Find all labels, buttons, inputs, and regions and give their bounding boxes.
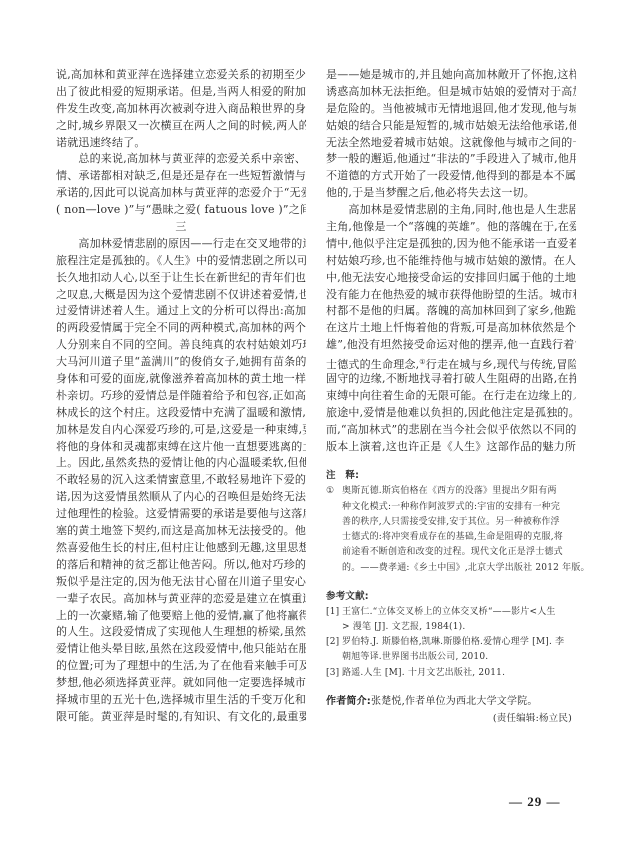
author-bio-text: 张楚悦,作者单位为西北大学文学院。	[371, 696, 538, 707]
reference-line: 罗伯特.J. 斯滕伯格,凯琳.斯滕伯格.爱情心理学 [M]. 李	[342, 635, 564, 650]
text-line: 的人生。这段爱情成了实现他人生理想的桥梁,虽然这	[56, 624, 306, 641]
text-line: 梦想,他必须选择黄亚萍。就如同他一定要选择城市,选	[56, 675, 306, 692]
text-fragment: 士德式的生命理念,	[326, 358, 419, 371]
text-line: 之叹息,大概是因为这个爱情悲剧不仅讲述着爱情,也通	[56, 287, 306, 304]
text-line: 限可能。黄亚萍是时髦的,有知识、有文化的,最重要的	[56, 709, 306, 726]
reference-line: 朝旭等译.世界图书出版公司, 2010.	[342, 650, 564, 665]
responsible-editor: (责任编辑:杨立民)	[326, 710, 576, 727]
text-line: 梦一般的邂逅,他通过“非法的”手段进入了城市,他用	[326, 151, 576, 168]
text-line: 身体和可爱的面庞,就像滋养着高加林的黄土地一样淳	[56, 371, 306, 388]
text-line: 之时,城乡界限又一次横亘在两人之间的时候,两人的承	[56, 118, 306, 135]
text-line: 将他的身体和灵魂都束缚在这片他一直想要逃离的土地	[56, 439, 306, 456]
text-line: 出了彼此相爱的短期承诺。但是,当两人相爱的附加条	[56, 84, 306, 101]
text-line: 择城市里的五光十色,选择城市里生活的千变万化和无	[56, 692, 306, 709]
text-line: ( non—love )”与“愚昧之爱( fatuous love )”之间。	[56, 202, 306, 219]
text-line: 叛似乎是注定的,因为他无法甘心留在川道子里安心做	[56, 574, 306, 591]
note-line: 士德式的:将冲突看成存在的基础,生命是阻碍的克服,将	[342, 530, 590, 545]
reference-line: > 漫笔 [J]. 文艺报, 1984(1).	[342, 620, 556, 635]
text-line: 不道德的方式开始了一段爱情,他得到的都是本不属于	[326, 168, 576, 185]
right-body-text: 是——她是城市的,并且她向高加林敞开了怀抱,这样的诱惑高加林无法拒绝。但是城市姑…	[326, 67, 576, 455]
page-number: — 29 —	[509, 794, 561, 810]
text-line: 版本上演着,这也许正是《人生》这部作品的魅力所在。	[326, 439, 576, 456]
text-line: 承诺的,因此可以说高加林与黄亚萍的恋爱介于“无爱	[56, 185, 306, 202]
reference-item: [3]路遥.人生 [M]. 十月文艺出版社, 2011.	[326, 666, 576, 681]
note-line: 种文化模式:一种称作阿波罗式的:宇宙的安排有一种完	[342, 500, 590, 515]
text-line: 是危险的。当他被城市无情地退回,他才发现,他与城市	[326, 101, 576, 118]
note-line: 前途看不断创造和改变的过程。现代文化正是浮士德式	[342, 545, 590, 560]
note-item: ①奥斯瓦德.斯宾伯格在《西方的没落》里提出夕阳有两种文化模式:一种称作阿波罗式的…	[326, 484, 576, 575]
text-line: 人分别来自不同的空间。善良纯真的农村姑娘刘巧珍是	[56, 337, 306, 354]
text-line: 雄”,他没有坦然接受命运对他的摆弄,他一直践行着“浮	[326, 337, 576, 354]
text-line: 没有能力在他热爱的城市获得他盼望的生活。城市和乡	[326, 287, 576, 304]
text-line: 情、承诺都相对缺乏,但是还是存在一些短暂激情与短期	[56, 168, 306, 185]
text-line: 是——她是城市的,并且她向高加林敞开了怀抱,这样的	[326, 67, 576, 84]
text-line: 村姑娘巧珍,也不能维持他与城市姑娘的激情。在人生	[326, 253, 576, 270]
reference-line: 路遥.人生 [M]. 十月文艺出版社, 2011.	[342, 666, 505, 681]
author-bio: 作者简介:张楚悦,作者单位为西北大学文学院。	[326, 693, 576, 710]
text-line: 上的一次豪赌,输了他要赔上他的爱情,赢了他将赢得他	[56, 608, 306, 625]
text-line: 一辈子农民。高加林与黄亚萍的恋爱是建立在慎重选择	[56, 591, 306, 608]
reference-marker: [2]	[326, 635, 342, 665]
note-marker: ①	[326, 484, 342, 575]
text-line: 林成长的这个村庄。这段爱情中充满了温暖和激情,高	[56, 405, 306, 422]
text-line: 过他理性的检验。这爱情需要的承诺是要他与这落后闭	[56, 506, 306, 523]
text-line: 爱情让他头晕目眩,虽然在这段爱情中,他只能站在服从	[56, 641, 306, 658]
text-line: 他的,于是当梦醒之后,他必将失去这一切。	[326, 185, 576, 202]
text-line: 塞的黄土地签下契约,而这是高加林无法接受的。他虽	[56, 523, 306, 540]
reference-marker: [3]	[326, 666, 342, 681]
notes-heading: 注 释:	[326, 467, 576, 484]
text-line: 不敢轻易的沉入这柔情蜜意里,不敢轻易地许下爱的承	[56, 472, 306, 489]
text-line: 固守的边缘,不断地找寻着打破人生阻碍的出路,在挣脱	[326, 371, 576, 388]
text-line: 诺就迅速终结了。	[56, 135, 306, 152]
right-column: 是——她是城市的,并且她向高加林敞开了怀抱,这样的诱惑高加林无法拒绝。但是城市姑…	[326, 67, 576, 727]
text-fragment: 行走在城与乡,现代与传统,冒险与	[426, 358, 576, 371]
text-line: 高加林是爱情悲剧的主角,同时,他也是人生悲剧的	[326, 202, 576, 219]
text-line: 高加林爱情悲剧的原因——行走在交叉地带的边缘	[56, 236, 306, 253]
text-line: 总的来说,高加林与黄亚萍的恋爱关系中亲密、激	[56, 151, 306, 168]
reference-line: 王富仁.“立体交叉桥上的立体交叉桥“——影片<人生	[342, 605, 556, 620]
text-line: 过爱情讲述着人生。通过上文的分析可以得出:高加林	[56, 303, 306, 320]
text-line: 诺,因为这爱情虽然顺从了内心的召唤但是始终无法通	[56, 489, 306, 506]
text-line: 加林是发自内心深爱巧珍的,可是,这爱是一种束缚,要	[56, 422, 306, 439]
notes-section: 注 释: ①奥斯瓦德.斯宾伯格在《西方的没落》里提出夕阳有两种文化模式:一种称作…	[326, 467, 576, 680]
reference-item: [2]罗伯特.J. 斯滕伯格,凯琳.斯滕伯格.爱情心理学 [M]. 李朝旭等译.…	[326, 635, 576, 665]
text-line: 旅程注定是孤独的。《人生》中的爱情悲剧之所以可以	[56, 253, 306, 270]
section-heading: 三	[56, 219, 306, 236]
text-line: 的两段爱情属于完全不同的两种模式,高加林的两个恋	[56, 320, 306, 337]
text-line: 在这片土地上忏悔着他的背叛,可是高加林依然是个“英	[326, 320, 576, 337]
text-line: 中,他无法安心地接受命运的安排回归属于他的土地,也	[326, 270, 576, 287]
text-line: 长久地扣动人心,以至于让生长在新世纪的青年们也为	[56, 270, 306, 287]
text-line: 情中,他似乎注定是孤独的,因为他不能承诺一直爱着农	[326, 236, 576, 253]
note-line: 的。——费孝通:《乡土中国》,北京大学出版社 2012 年版。	[342, 561, 590, 576]
text-line: 村都不是他的归属。落魄的高加林回到了家乡,他跪倒	[326, 303, 576, 320]
text-line: 姑娘的结合只能是短暂的,城市姑娘无法给他承诺,他也	[326, 118, 576, 135]
left-column: 说,高加林和黄亚萍在选择建立恋爱关系的初期至少给出了彼此相爱的短期承诺。但是,当…	[56, 67, 306, 726]
text-line: 士德式的生命理念,①行走在城与乡,现代与传统,冒险与	[326, 354, 576, 371]
text-line: 上。因此,虽然炙热的爱情让他的内心温暖柔软,但他也	[56, 455, 306, 472]
references-heading: 参考文献:	[326, 588, 576, 605]
notes-list: ①奥斯瓦德.斯宾伯格在《西方的没落》里提出夕阳有两种文化模式:一种称作阿波罗式的…	[326, 484, 576, 575]
text-line: 的落后和精神的贫乏都让他苦闷。所以,他对巧珍的背	[56, 557, 306, 574]
text-line: 而,“高加林式”的悲剧在当今社会似乎依然以不同的	[326, 422, 576, 439]
text-line: 朴亲切。巧珍的爱情总是伴随着给予和包容,正如高加	[56, 388, 306, 405]
text-line: 的位置;可为了理想中的生活,为了在他看来触手可及的	[56, 658, 306, 675]
note-line: 善的秩序,人只需接受安排,安于其位。另一种被称作浮	[342, 515, 590, 530]
text-line: 然喜爱他生长的村庄,但村庄让他感到无趣,这里思想	[56, 540, 306, 557]
text-line: 大马河川道子里“盖满川”的俊俏女子,她拥有苗条的	[56, 354, 306, 371]
reference-item: [1]王富仁.“立体交叉桥上的立体交叉桥“——影片<人生> 漫笔 [J]. 文艺…	[326, 605, 576, 635]
text-line: 件发生改变,高加林再次被剥夺进入商品粮世界的身份	[56, 101, 306, 118]
text-line: 说,高加林和黄亚萍在选择建立恋爱关系的初期至少给	[56, 67, 306, 84]
references-list: [1]王富仁.“立体交叉桥上的立体交叉桥“——影片<人生> 漫笔 [J]. 文艺…	[326, 605, 576, 681]
text-line: 旅途中,爱情是他难以负担的,因此他注定是孤独的。然	[326, 405, 576, 422]
text-line: 主角,他像是一个“落魄的英雄”。他的落魄在于,在爱	[326, 219, 576, 236]
author-bio-label: 作者简介:	[326, 696, 371, 707]
text-line: 无法全然地爱着城市姑娘。这就像他与城市之间的一场	[326, 135, 576, 152]
reference-marker: [1]	[326, 605, 342, 635]
note-line: 奥斯瓦德.斯宾伯格在《西方的没落》里提出夕阳有两	[342, 484, 590, 499]
text-line: 束缚中向往着生命的无限可能。在行走在边缘上的人生	[326, 388, 576, 405]
text-line: 诱惑高加林无法拒绝。但是城市姑娘的爱情对于高加林	[326, 84, 576, 101]
